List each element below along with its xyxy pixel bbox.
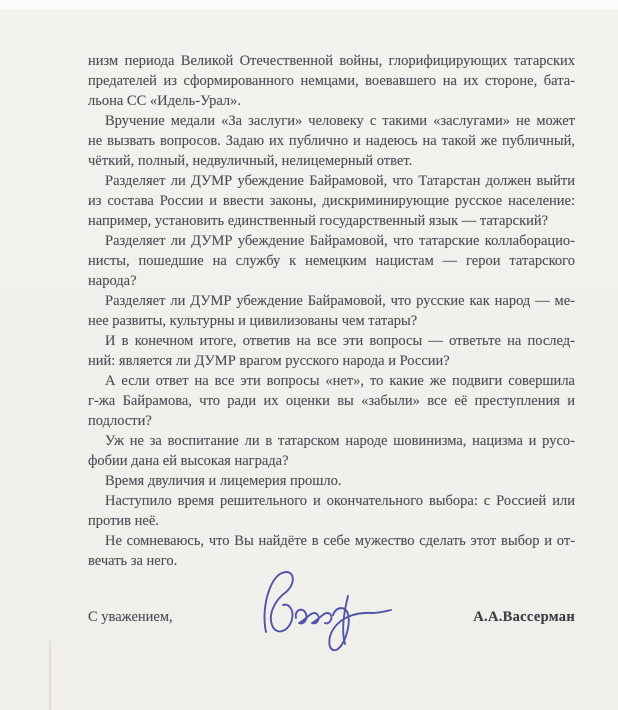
scan-top-edge	[0, 0, 618, 9]
text-line: например, установить единственный госуда…	[88, 211, 575, 231]
text-line: Не сомневаюсь, что Вы найдёте в себе муж…	[88, 531, 575, 551]
text-line: низм периода Великой Отечественной войны…	[88, 51, 575, 71]
text-line: Время двуличия и лицемерия прошло.	[88, 471, 575, 491]
text-line: нее развиты, культурны и цивилизованы че…	[88, 311, 575, 331]
text-line: г-жа Байрамова, что ради их оценки вы «з…	[88, 391, 575, 411]
text-line: чёткий, полный, недвуличный, нелицемерны…	[88, 151, 575, 171]
text-line: предателей из сформированного немцами, в…	[88, 71, 575, 91]
closing-salutation: С уважением,	[88, 607, 173, 627]
scan-crease-artifact	[49, 641, 51, 710]
text-line: Разделяет ли ДУМР убеждение Байрамовой, …	[88, 291, 575, 311]
text-line: Уж не за воспитание ли в татарском народ…	[88, 431, 575, 451]
text-line: льона СС «Идель-Урал».	[88, 91, 575, 111]
text-line: Наступило время решительного и окончател…	[88, 491, 575, 511]
text-line: из состава России и ввести законы, дискр…	[88, 191, 575, 211]
text-line: не вызвать вопросов. Задаю их публично и…	[88, 131, 575, 151]
text-line: фобии дана ей высокая награда?	[88, 451, 575, 471]
scanned-letter-page: низм периода Великой Отечественной войны…	[0, 0, 618, 710]
letter-body: низм периода Великой Отечественной войны…	[88, 51, 575, 571]
text-line: подлости?	[88, 411, 575, 431]
signatory-name: А.А.Вассерман	[473, 607, 575, 627]
text-line: Вручение медали «За заслуги» человеку с …	[88, 111, 575, 131]
text-line: народа?	[88, 271, 575, 291]
text-line: Разделяет ли ДУМР убеждение Байрамовой, …	[88, 171, 575, 191]
text-line: Разделяет ли ДУМР убеждение Байрамовой, …	[88, 231, 575, 251]
text-line: И в конечном итоге, ответив на все эти в…	[88, 331, 575, 351]
closing-row: С уважением, А.А.Вассерман	[88, 607, 575, 627]
text-line: А если ответ на все эти вопросы «нет», т…	[88, 371, 575, 391]
text-line: против неё.	[88, 511, 575, 531]
text-line: ний: является ли ДУМР врагом русского на…	[88, 351, 575, 371]
text-line: нисты, пошедшие на службу к немецким нац…	[88, 251, 575, 271]
